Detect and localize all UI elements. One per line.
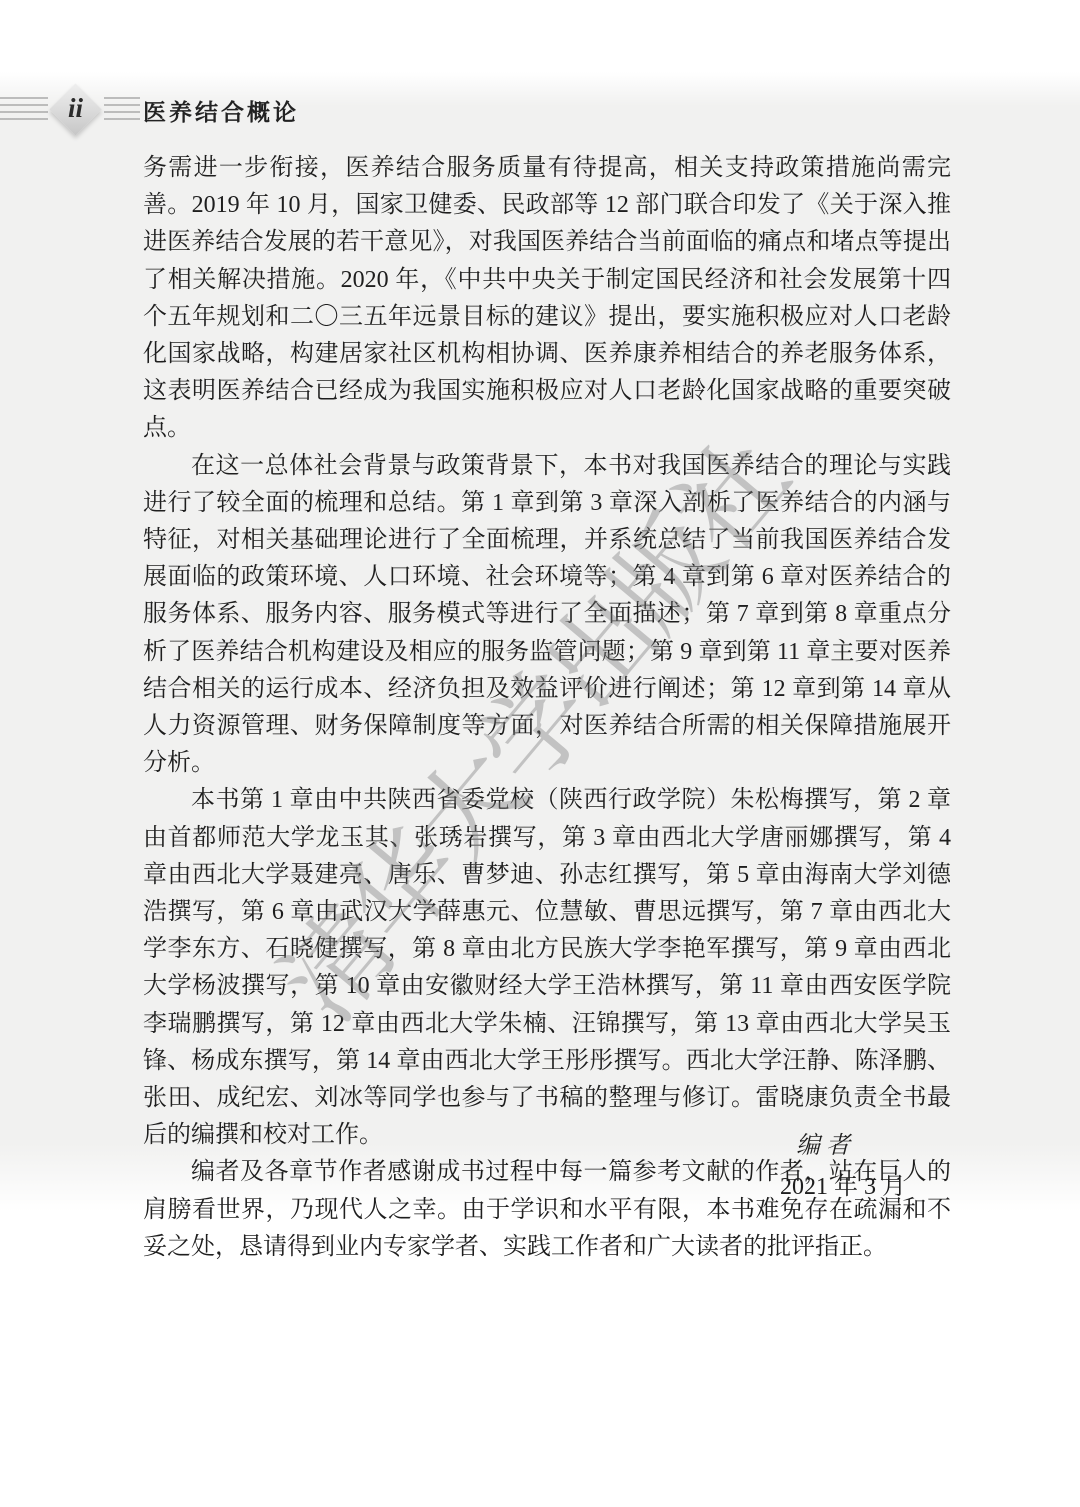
signature-date: 2021 年 3 月: [143, 1167, 951, 1208]
signature-block: 编者 2021 年 3 月: [143, 1126, 951, 1208]
scanned-book-page: { "page": { "page_number": "ii", "header…: [0, 0, 1080, 1507]
signature-author: 编者: [143, 1126, 951, 1167]
page-header: ii 医养结合概论: [0, 0, 1080, 150]
page-number: ii: [49, 93, 102, 124]
preface-body: 务需进一步衔接，医养结合服务质量有待提高，相关支持政策措施尚需完善。2019 年…: [143, 150, 951, 1266]
paragraph: 本书第 1 章由中共陕西省委党校（陕西行政学院）朱松梅撰写，第 2 章由首都师范…: [143, 782, 951, 1154]
paragraph: 在这一总体社会背景与政策背景下，本书对我国医养结合的理论与实践进行了较全面的梳理…: [143, 448, 951, 783]
header-rule-lines-left: [0, 97, 48, 120]
running-head-title: 医养结合概论: [143, 94, 299, 127]
paragraph: 务需进一步衔接，医养结合服务质量有待提高，相关支持政策措施尚需完善。2019 年…: [143, 150, 951, 448]
header-rule-lines-right: [104, 97, 140, 120]
